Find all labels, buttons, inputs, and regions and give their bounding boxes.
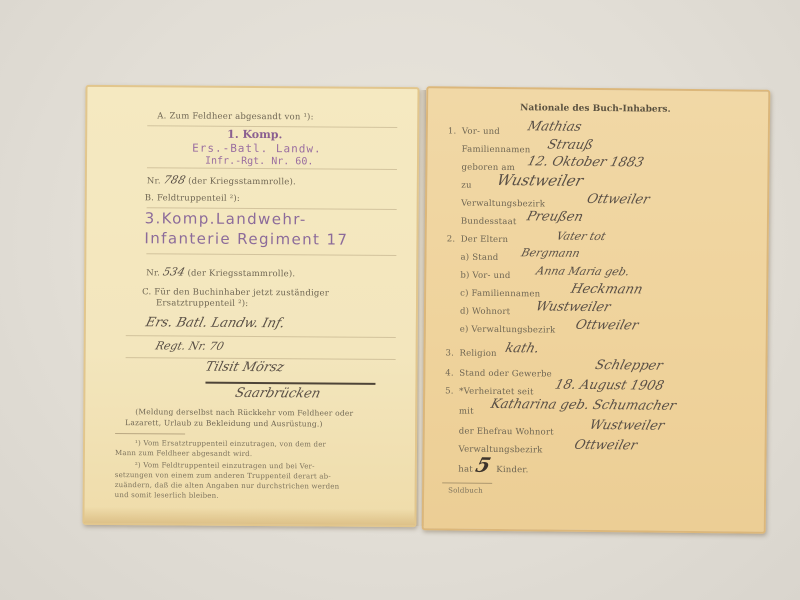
- district-value: Ottweiler: [585, 192, 651, 208]
- wife-district-value: Ottweiler: [573, 438, 639, 454]
- wife-residence-label: der Ehefrau Wohnort: [459, 427, 554, 438]
- with-value: Katharina geb. Schumacher: [489, 397, 677, 414]
- footnote-2-line-1: ²) Vom Feldtruppenteil einzutragen und b…: [135, 461, 315, 470]
- field-2d-value: Wustweiler: [534, 299, 612, 315]
- handwritten-signature: Saarbrücken: [233, 386, 322, 402]
- field-1-num: 1.: [448, 126, 457, 136]
- field-2b-label: b) Vor- und: [460, 271, 510, 282]
- handwritten-unit-2: Regt. Nr. 70: [154, 339, 225, 352]
- nr-suffix: (der Kriegsstammrolle).: [187, 269, 295, 280]
- field-2e-label: e) Verwaltungsbezirk: [460, 325, 556, 336]
- footer-label: Soldbuch: [448, 486, 483, 494]
- divider: [147, 167, 397, 170]
- nr-suffix: (der Kriegsstammrolle).: [188, 177, 296, 188]
- field-1-label-b: Familiennamen: [462, 145, 531, 156]
- section-c-label-1: C. Für den Buchinhaber jetzt zuständiger: [142, 287, 329, 298]
- nr-prefix: Nr.: [146, 268, 160, 278]
- section-a-nr: Nr. 788 (der Kriegsstammrolle).: [147, 173, 296, 187]
- stamp-regiment: Infr.-Rgt. Nr. 60.: [205, 156, 313, 168]
- field-2d-label: d) Wohnort: [460, 307, 510, 318]
- field-1-value-a: Mathias: [526, 119, 583, 135]
- field-2-num: 2.: [447, 234, 456, 244]
- field-4-value: Schlepper: [593, 358, 664, 374]
- wife-residence-value: Wustweiler: [588, 418, 666, 434]
- children-suffix: Kinder.: [496, 465, 528, 475]
- field-1-label-a: Vor- und: [462, 127, 500, 137]
- stamp-company: 1. Komp.: [227, 128, 282, 141]
- page-title: Nationale des Buch-Inhabers.: [520, 103, 671, 115]
- section-c-note-2: Lazarett, Urlaub zu Bekleidung und Ausrü…: [125, 418, 322, 428]
- district-label: Verwaltungsbezirk: [461, 199, 545, 210]
- field-2a-value: Bergmann: [520, 246, 581, 260]
- divider: [146, 253, 396, 256]
- stamp-landwehr: 3.Komp.Landwehr-: [145, 209, 307, 228]
- divider: [126, 335, 396, 338]
- signature-underline: [205, 382, 375, 385]
- state-value: Preußen: [525, 209, 585, 225]
- born-value: 12. Oktober 1883: [526, 154, 646, 170]
- footnote-2-line-4: und somit leserlich bleiben.: [115, 491, 219, 500]
- field-4-label: Stand oder Gewerbe: [459, 369, 552, 380]
- place-label: zu: [461, 181, 471, 191]
- left-page: A. Zum Feldheer abgesandt von ¹): 1. Kom…: [82, 85, 419, 527]
- section-b-label: B. Feldtruppenteil ²):: [145, 193, 240, 204]
- field-1-value-b: Strauß: [546, 138, 595, 153]
- field-2c-value: Heckmann: [569, 282, 644, 298]
- footnote-1-line-2: Mann zum Feldheer abgesandt wird.: [115, 449, 252, 458]
- footer-divider: [442, 482, 492, 484]
- field-5-value: 18. August 1908: [553, 378, 665, 394]
- children-prefix: hat: [458, 465, 473, 475]
- section-c-note-1: (Meldung derselbst nach Rückkehr vom Fel…: [135, 407, 353, 418]
- field-2-label: Der Eltern: [461, 235, 509, 245]
- handwritten-location: Tilsit Mörsz: [204, 360, 286, 376]
- stamp-infantry-regiment: Infanterie Regiment 17: [144, 229, 348, 248]
- wife-district-label: Verwaltungsbezirk: [458, 445, 542, 456]
- nr-value: 788: [162, 173, 187, 186]
- field-5-num: 5.: [445, 386, 454, 396]
- footnote-divider: [115, 433, 185, 434]
- field-2c-label: c) Familiennamen: [460, 289, 540, 300]
- field-5-label: *Verheiratet seit: [459, 387, 534, 398]
- field-3-value: kath.: [504, 341, 541, 356]
- footnote-2-line-3: zuändern, daß die alten Angaben nur durc…: [115, 481, 340, 491]
- field-2e-value: Ottweiler: [574, 318, 640, 334]
- stamp-battalion: Ers.-Batl. Landw.: [192, 142, 322, 156]
- nr-value: 534: [161, 265, 186, 278]
- field-3-num: 3.: [445, 348, 454, 358]
- section-b-nr: Nr. 534 (der Kriegsstammrolle).: [146, 265, 295, 279]
- with-label: mit: [459, 407, 474, 417]
- field-2-value: Vater tot: [555, 230, 607, 243]
- right-page: Nationale des Buch-Inhabers. 1. Vor- und…: [422, 86, 771, 534]
- section-a-label: A. Zum Feldheer abgesandt von ¹):: [157, 111, 313, 122]
- children-count: 5: [473, 453, 493, 477]
- field-2b-value: Anna Maria geb.: [535, 264, 631, 278]
- handwritten-unit-1: Ers. Batl. Landw. Inf.: [144, 315, 286, 331]
- footnote-2-line-2: setzungen von einem zum anderen Truppent…: [115, 471, 331, 481]
- state-label: Bundesstaat: [461, 217, 517, 228]
- field-4-num: 4.: [445, 368, 454, 378]
- section-c-label-2: Ersatztruppenteil ²):: [156, 298, 248, 309]
- field-3-label: Religion: [459, 349, 496, 359]
- field-2a-label: a) Stand: [460, 253, 498, 263]
- nr-prefix: Nr.: [147, 176, 161, 186]
- place-value: Wustweiler: [495, 171, 585, 190]
- footnote-1-line-1: ¹) Vom Ersatztruppenteil einzutragen, vo…: [135, 439, 326, 448]
